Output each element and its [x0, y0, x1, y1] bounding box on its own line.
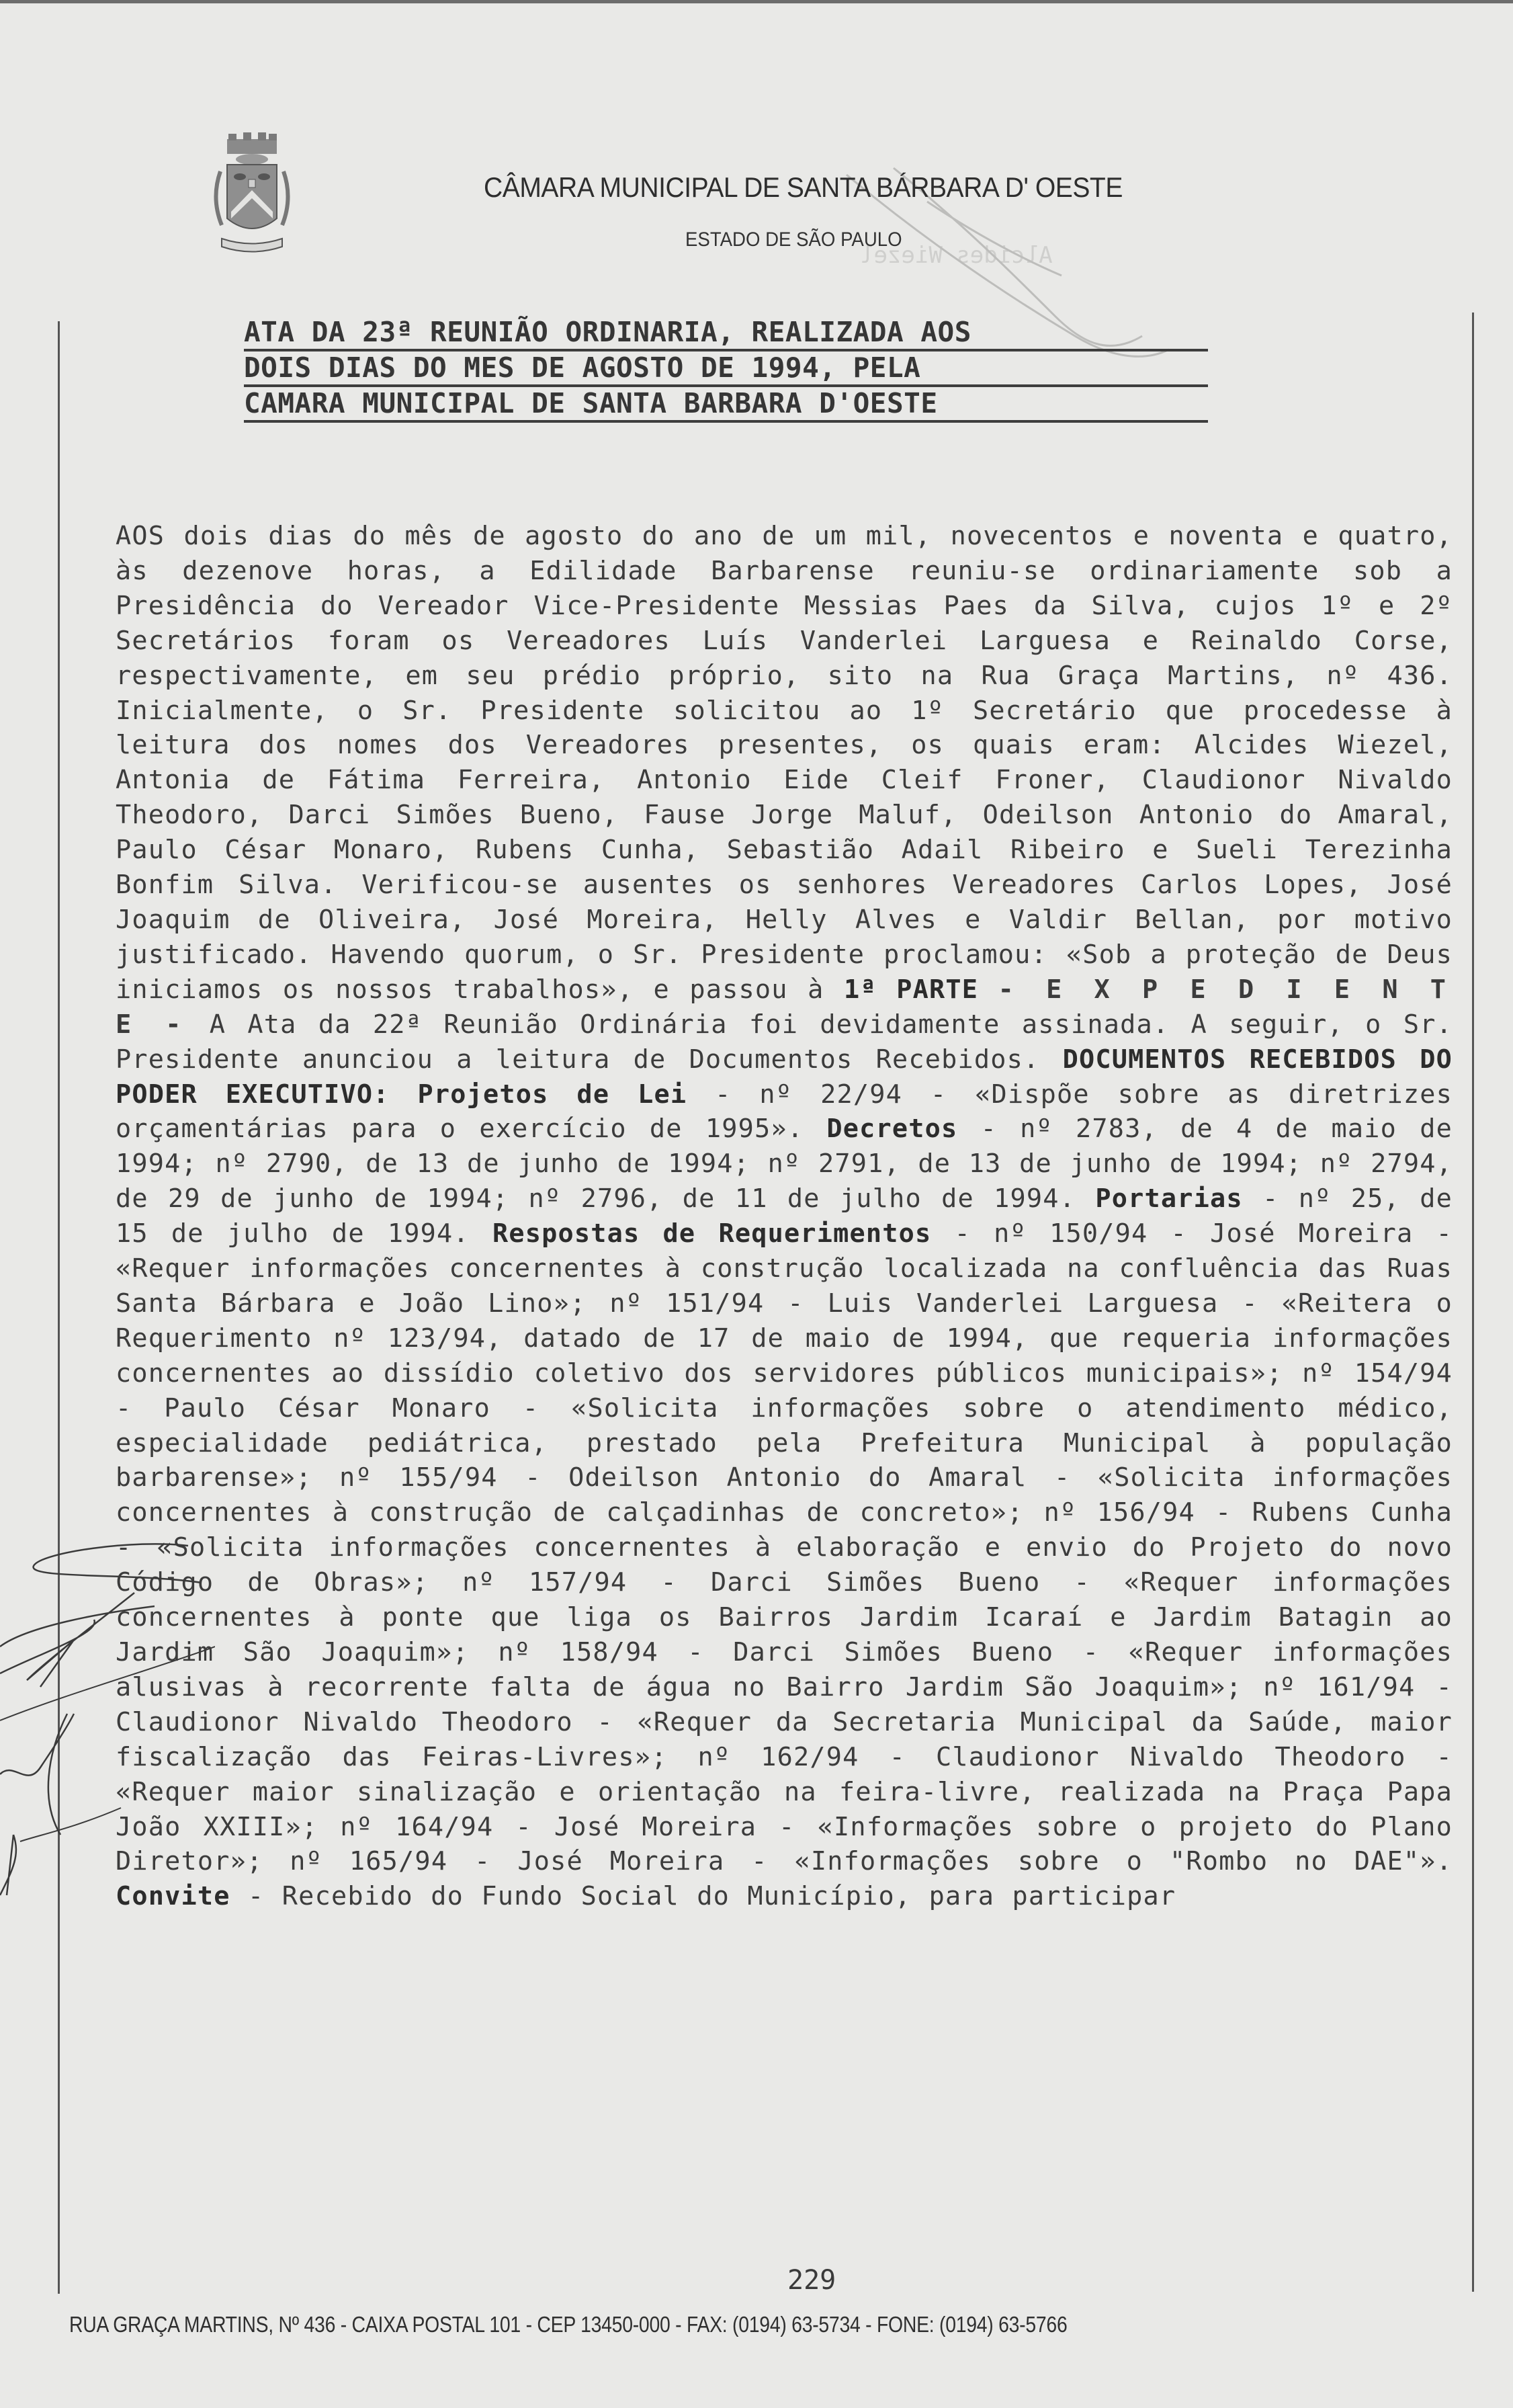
page-frame-left	[58, 321, 60, 2294]
scan-top-edge	[0, 0, 1513, 3]
page-number: 229	[787, 2265, 836, 2296]
title-line-3: CAMARA MUNICIPAL DE SANTA BARBARA D'OEST…	[244, 387, 1208, 423]
margin-signatures-icon	[0, 1519, 215, 1989]
minutes-title: ATA DA 23ª REUNIÃO ORDINARIA, REALIZADA …	[244, 316, 1208, 423]
page-frame-right	[1472, 313, 1474, 2292]
letterhead-state: ESTADO DE SÃO PAULO	[685, 229, 902, 251]
letterhead-institution: CÂMARA MUNICIPAL DE SANTA BÁRBARA D' OES…	[484, 171, 1146, 204]
heading-projetos: Projetos de Lei	[418, 1079, 687, 1110]
part-label: 1ª PARTE	[844, 974, 978, 1005]
respostas-text: - nº 150/94 - José Moreira - «Requer inf…	[116, 1218, 1453, 1876]
opening-paragraph: AOS dois dias do mês de agosto do ano de…	[116, 521, 1453, 1005]
convite-text: - Recebido do Fundo Social do Município,…	[248, 1881, 1176, 1911]
title-line-2: DOIS DIAS DO MES DE AGOSTO DE 1994, PELA	[244, 351, 1208, 387]
heading-decretos: Decretos	[826, 1114, 957, 1144]
minutes-body: AOS dois dias do mês de agosto do ano de…	[116, 519, 1453, 1914]
letterhead-footer-address: RUA GRAÇA MARTINS, Nº 436 - CAIXA POSTAL…	[69, 2312, 1067, 2337]
heading-portarias: Portarias	[1095, 1184, 1242, 1214]
municipal-crest-icon	[202, 131, 302, 262]
title-line-1: ATA DA 23ª REUNIÃO ORDINARIA, REALIZADA …	[244, 316, 1208, 351]
heading-respostas: Respostas de Requerimentos	[492, 1218, 931, 1249]
